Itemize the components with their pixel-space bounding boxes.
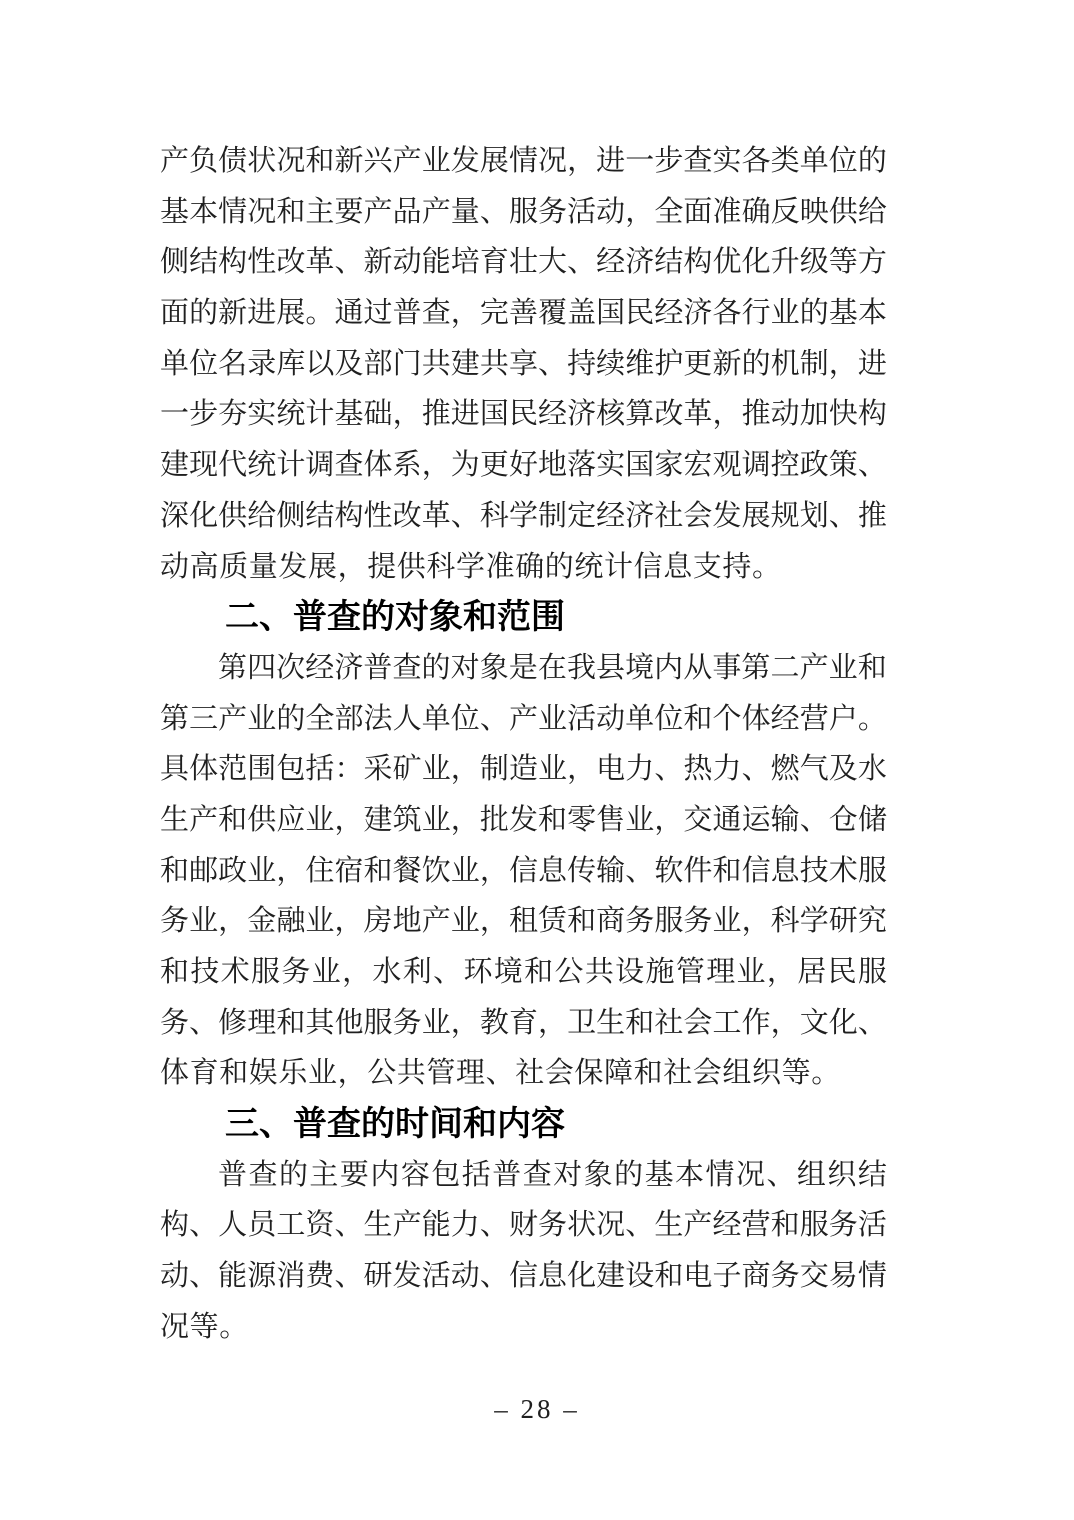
body-line: 况等。 (160, 1302, 887, 1353)
body-line: 普查的主要内容包括普查对象的基本情况、组织结 (160, 1150, 887, 1201)
body-line: 具体范围包括：采矿业，制造业，电力、热力、燃气及水 (160, 744, 887, 795)
body-line: 生产和供应业，建筑业，批发和零售业，交通运输、仓储 (160, 795, 887, 846)
body-line: 深化供给侧结构性改革、科学制定经济社会发展规划、推 (160, 491, 887, 542)
body-line: 动高质量发展，提供科学准确的统计信息支持。 (160, 542, 887, 593)
body-line: 和技术服务业，水利、环境和公共设施管理业，居民服 (160, 947, 887, 998)
body-line: 建现代统计调查体系，为更好地落实国家宏观调控政策、 (160, 440, 887, 491)
page-number: – 28 – (0, 1394, 1074, 1425)
body-line: 第三产业的全部法人单位、产业活动单位和个体经营户。 (160, 694, 887, 745)
body-line: 侧结构性改革、新动能培育壮大、经济结构优化升级等方 (160, 237, 887, 288)
text-block: 产负债状况和新兴产业发展情况，进一步查实各类单位的 基本情况和主要产品产量、服务… (160, 136, 887, 1353)
body-line: 产负债状况和新兴产业发展情况，进一步查实各类单位的 (160, 136, 887, 187)
body-line: 基本情况和主要产品产量、服务活动，全面准确反映供给 (160, 187, 887, 238)
body-line: 体育和娱乐业，公共管理、社会保障和社会组织等。 (160, 1048, 887, 1099)
body-line: 面的新进展。通过普查，完善覆盖国民经济各行业的基本 (160, 288, 887, 339)
section-heading-time: 三、普查的时间和内容 (160, 1099, 887, 1150)
body-line: 构、人员工资、生产能力、财务状况、生产经营和服务活 (160, 1200, 887, 1251)
body-line: 务业，金融业，房地产业，租赁和商务服务业，科学研究 (160, 896, 887, 947)
body-line: 和邮政业，住宿和餐饮业，信息传输、软件和信息技术服 (160, 846, 887, 897)
body-line: 一步夯实统计基础，推进国民经济核算改革，推动加快构 (160, 389, 887, 440)
document-page: 产负债状况和新兴产业发展情况，进一步查实各类单位的 基本情况和主要产品产量、服务… (0, 0, 1074, 1520)
section-heading-scope: 二、普查的对象和范围 (160, 592, 887, 643)
body-line: 务、修理和其他服务业，教育，卫生和社会工作，文化、 (160, 998, 887, 1049)
body-line: 动、能源消费、研发活动、信息化建设和电子商务交易情 (160, 1251, 887, 1302)
body-line: 单位名录库以及部门共建共享、持续维护更新的机制，进 (160, 339, 887, 390)
body-line: 第四次经济普查的对象是在我县境内从事第二产业和 (160, 643, 887, 694)
